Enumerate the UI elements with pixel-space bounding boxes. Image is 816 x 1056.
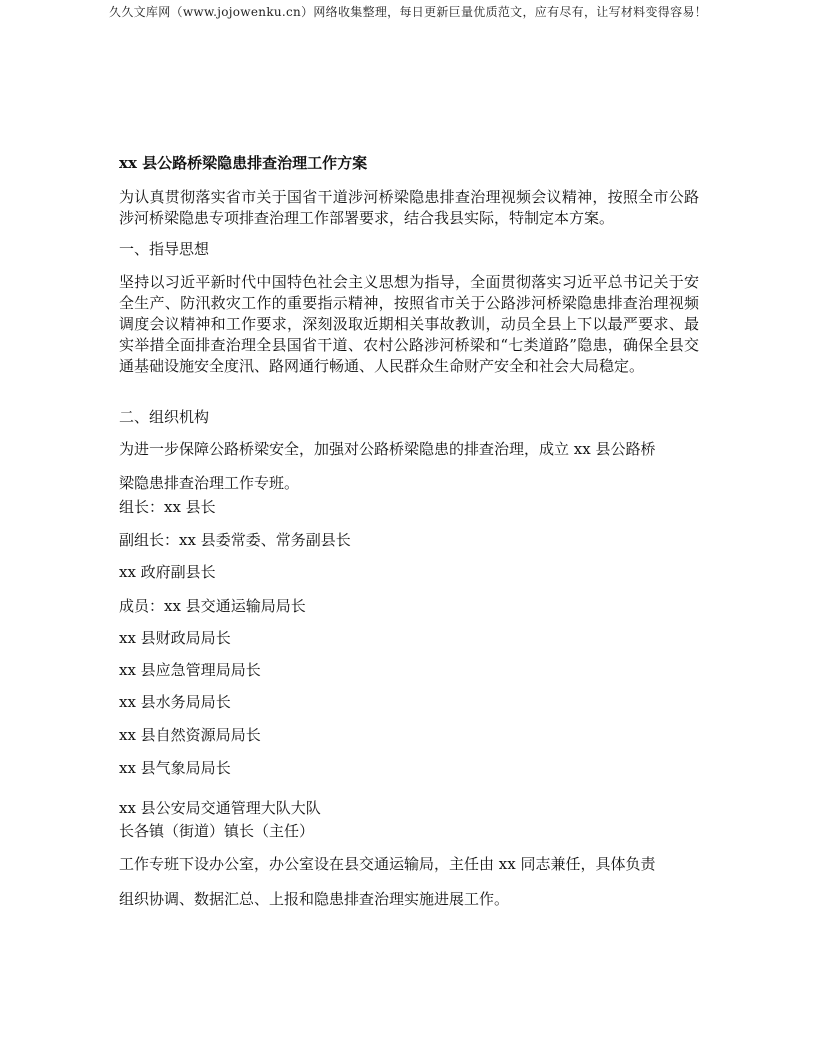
member-item: xx 县水务局局长 — [119, 691, 231, 712]
office-line-1: 工作专班下设办公室，办公室设在县交通运输局，主任由 xx 同志兼任，具体负责 — [119, 853, 655, 874]
section-heading-guiding-ideology: 一、指导思想 — [119, 238, 209, 259]
member-item: xx 县气象局局长 — [119, 757, 231, 778]
organization-intro-line-1: 为进一步保障公路桥梁安全，加强对公路桥梁隐患的排查治理，成立 xx 县公路桥 — [119, 438, 655, 459]
member-police: xx 县公安局交通管理大队大队 — [119, 797, 321, 818]
guiding-ideology-paragraph: 坚持以习近平新时代中国特色社会主义思想为指导，全面贯彻落实习近平总书记关于安全生… — [119, 272, 699, 377]
member-towns: 长各镇（街道）镇长（主任） — [119, 820, 314, 841]
organization-intro-line-2: 梁隐患排查治理工作专班。 — [119, 472, 299, 493]
section-heading-organization: 二、组织机构 — [119, 406, 209, 427]
group-leader: 组长：xx 县长 — [119, 496, 216, 517]
member-item: xx 县自然资源局局长 — [119, 724, 261, 745]
member-item: xx 县应急管理局局长 — [119, 659, 261, 680]
intro-paragraph: 为认真贯彻落实省市关于国省干道涉河桥梁隐患排查治理视频会议精神，按照全市公路涉河… — [119, 187, 699, 229]
document-title: xx 县公路桥梁隐患排查治理工作方案 — [119, 152, 367, 173]
site-banner: 久久文库网（www.jojowenku.cn）网络收集整理，每日更新巨量优质范文… — [0, 3, 816, 20]
office-line-2: 组织协调、数据汇总、上报和隐患排查治理实施进展工作。 — [119, 888, 509, 909]
member-item: xx 县财政局局长 — [119, 627, 231, 648]
deputy-group-leader-2: xx 政府副县长 — [119, 561, 216, 582]
members-label: 成员：xx 县交通运输局局长 — [119, 595, 306, 616]
deputy-group-leader: 副组长：xx 县委常委、常务副县长 — [119, 529, 351, 550]
